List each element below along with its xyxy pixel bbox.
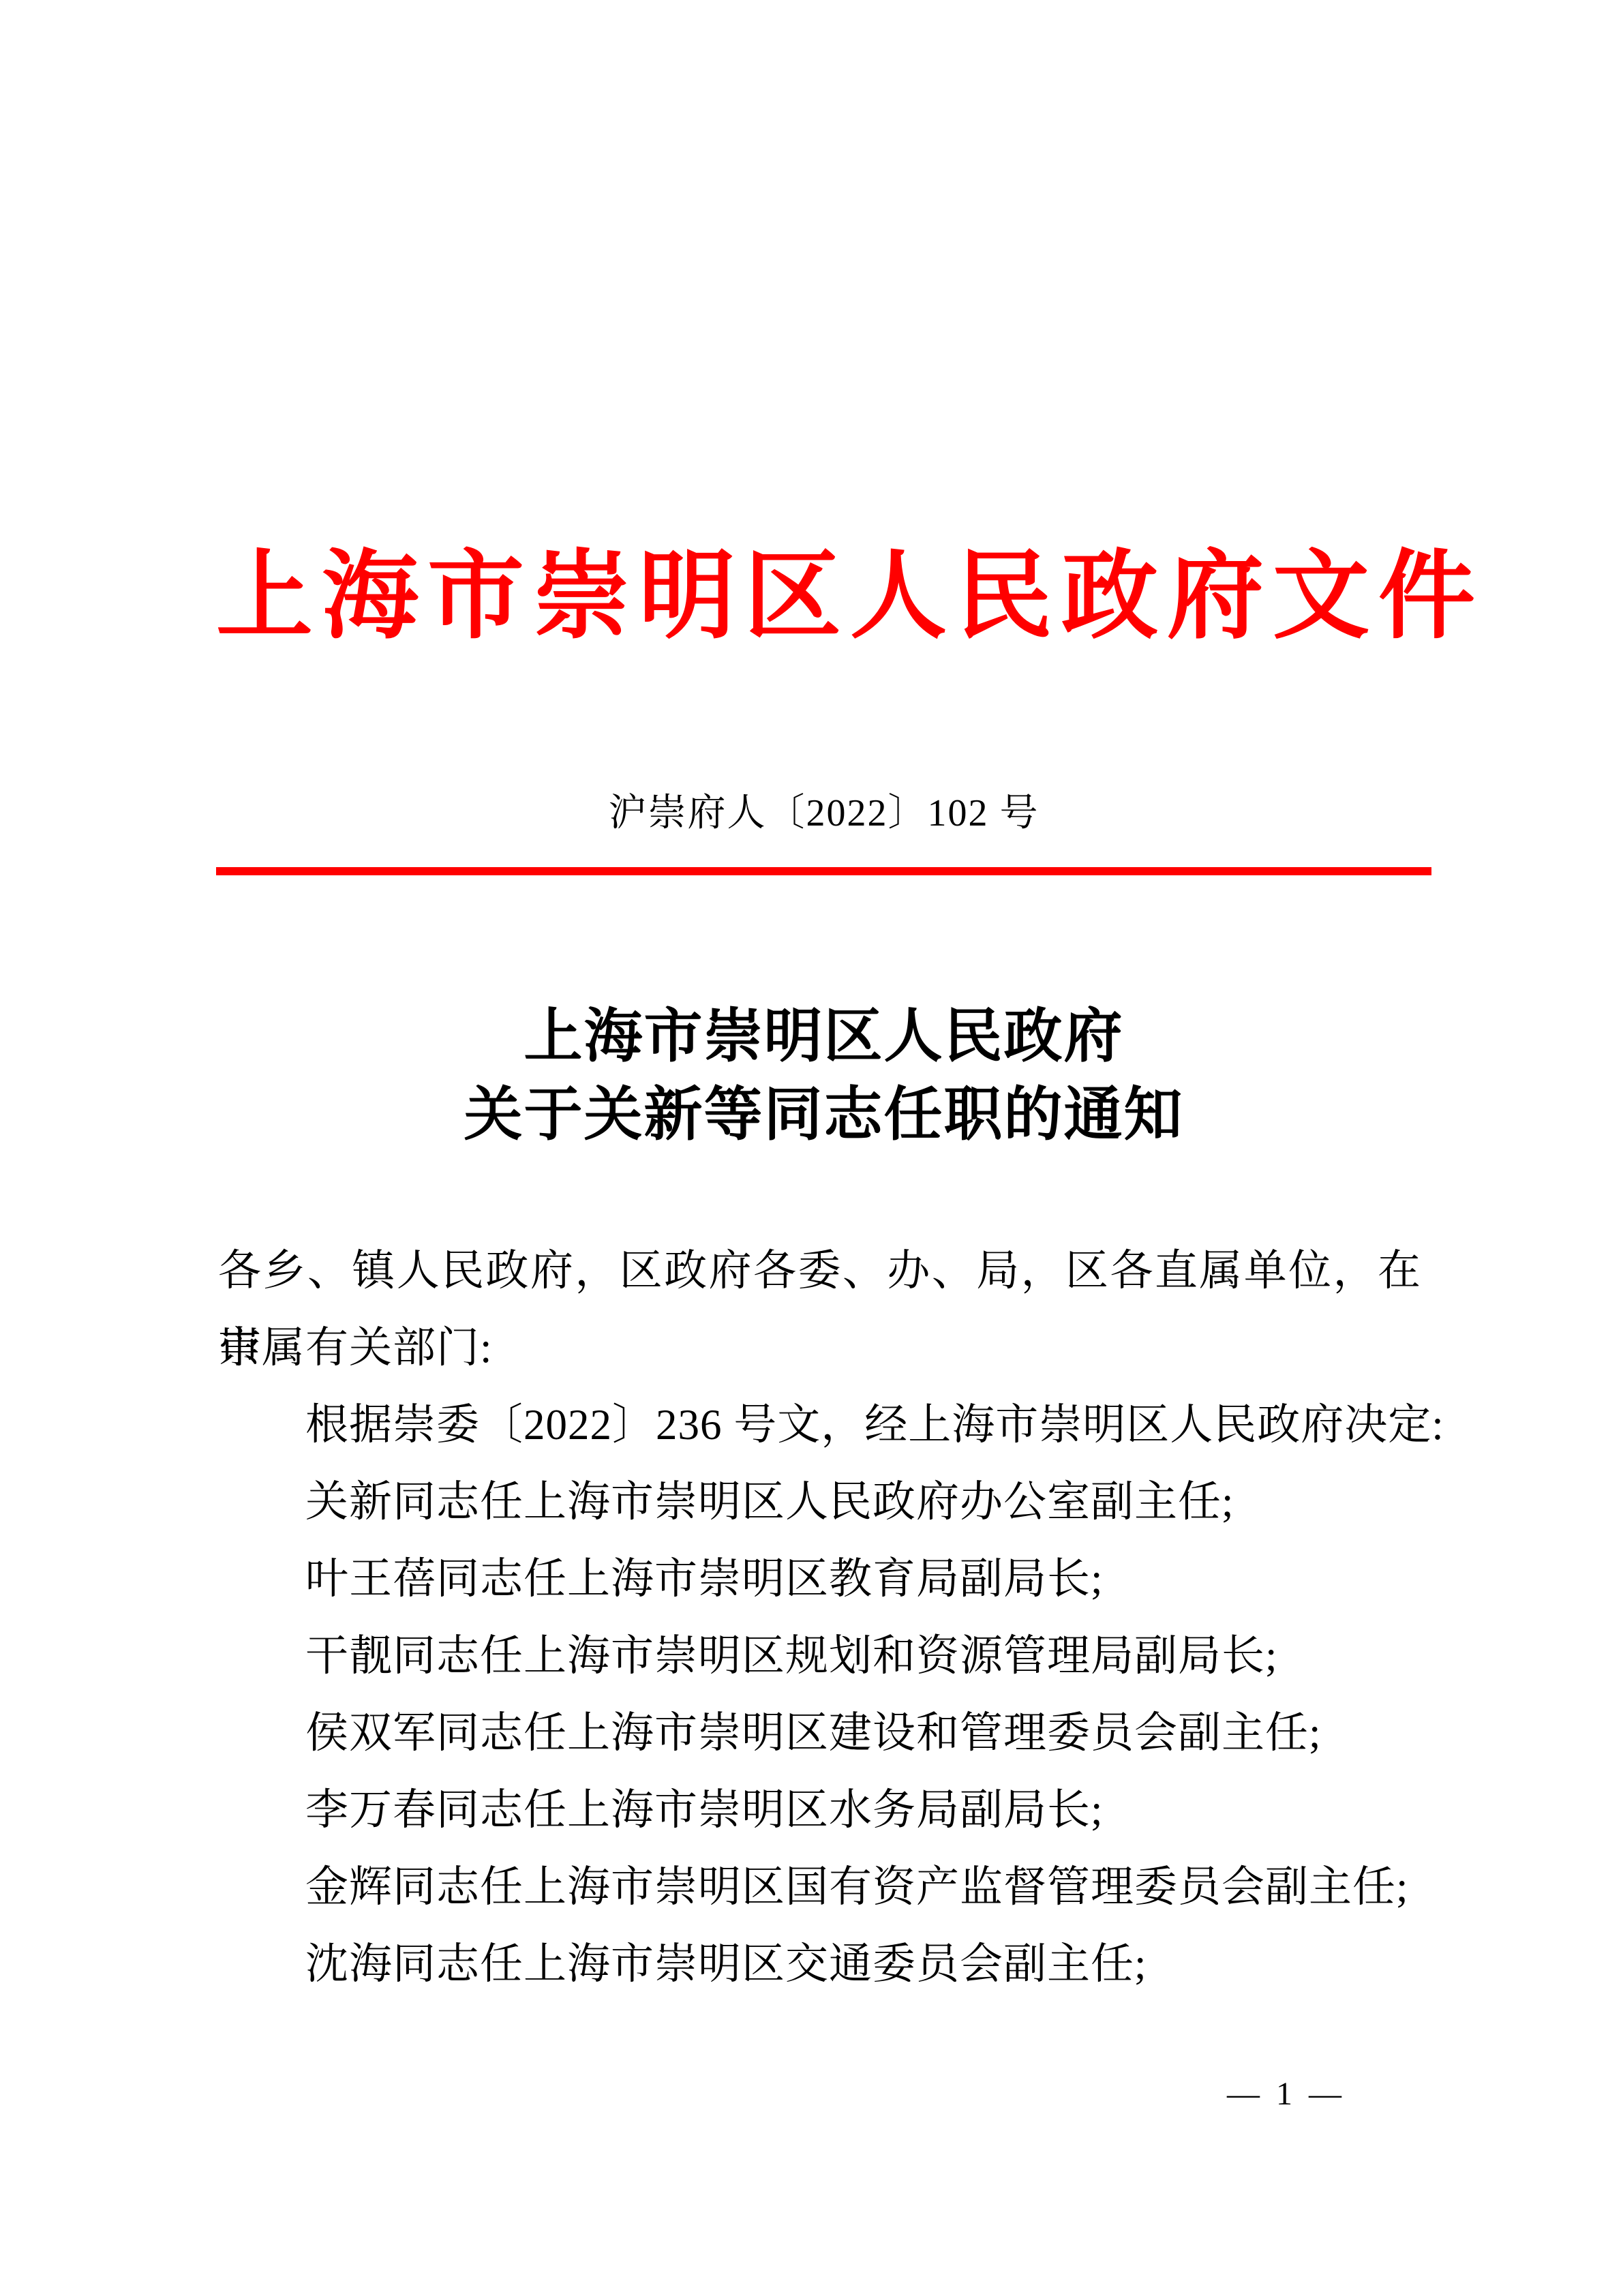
document-page: 上海市崇明区人民政府文件 沪崇府人〔2022〕102 号 上海市崇明区人民政府 … (0, 0, 1623, 2296)
body-paragraph-appointment: 关新同志任上海市崇明区人民政府办公室副主任; (218, 1464, 1421, 1541)
body-paragraph-appointment: 叶王蓓同志任上海市崇明区教育局副局长; (218, 1541, 1421, 1618)
body-paragraph-appointment: 干靓同志任上海市崇明区规划和资源管理局副局长; (218, 1618, 1421, 1695)
document-body: 各乡、镇人民政府，区政府各委、办、局，区各直属单位，在崇 市属有关部门: 根据崇… (218, 1233, 1421, 2003)
notice-title-line2: 关于关新等同志任职的通知 (216, 1076, 1431, 1154)
letterhead-title: 上海市崇明区人民政府文件 (216, 541, 1431, 652)
salutation-line-2: 市属有关部门: (218, 1310, 1421, 1387)
salutation-line-1: 各乡、镇人民政府，区政府各委、办、局，区各直属单位，在崇 (218, 1233, 1421, 1310)
letterhead-divider-line (216, 867, 1431, 875)
body-paragraph-appointment: 金辉同志任上海市崇明区国有资产监督管理委员会副主任; (218, 1849, 1421, 1926)
document-reference-number: 沪崇府人〔2022〕102 号 (216, 789, 1431, 837)
notice-title-line1: 上海市崇明区人民政府 (216, 997, 1431, 1076)
body-paragraph-appointment: 侯双军同志任上海市崇明区建设和管理委员会副主任; (218, 1695, 1421, 1772)
page-number: — 1 — (1227, 2072, 1346, 2116)
notice-title: 上海市崇明区人民政府 关于关新等同志任职的通知 (216, 997, 1431, 1154)
body-paragraph-basis: 根据崇委〔2022〕236 号文，经上海市崇明区人民政府决定: (218, 1387, 1421, 1464)
body-paragraph-appointment: 沈海同志任上海市崇明区交通委员会副主任; (218, 1926, 1421, 2003)
body-paragraph-appointment: 李万春同志任上海市崇明区水务局副局长; (218, 1772, 1421, 1849)
